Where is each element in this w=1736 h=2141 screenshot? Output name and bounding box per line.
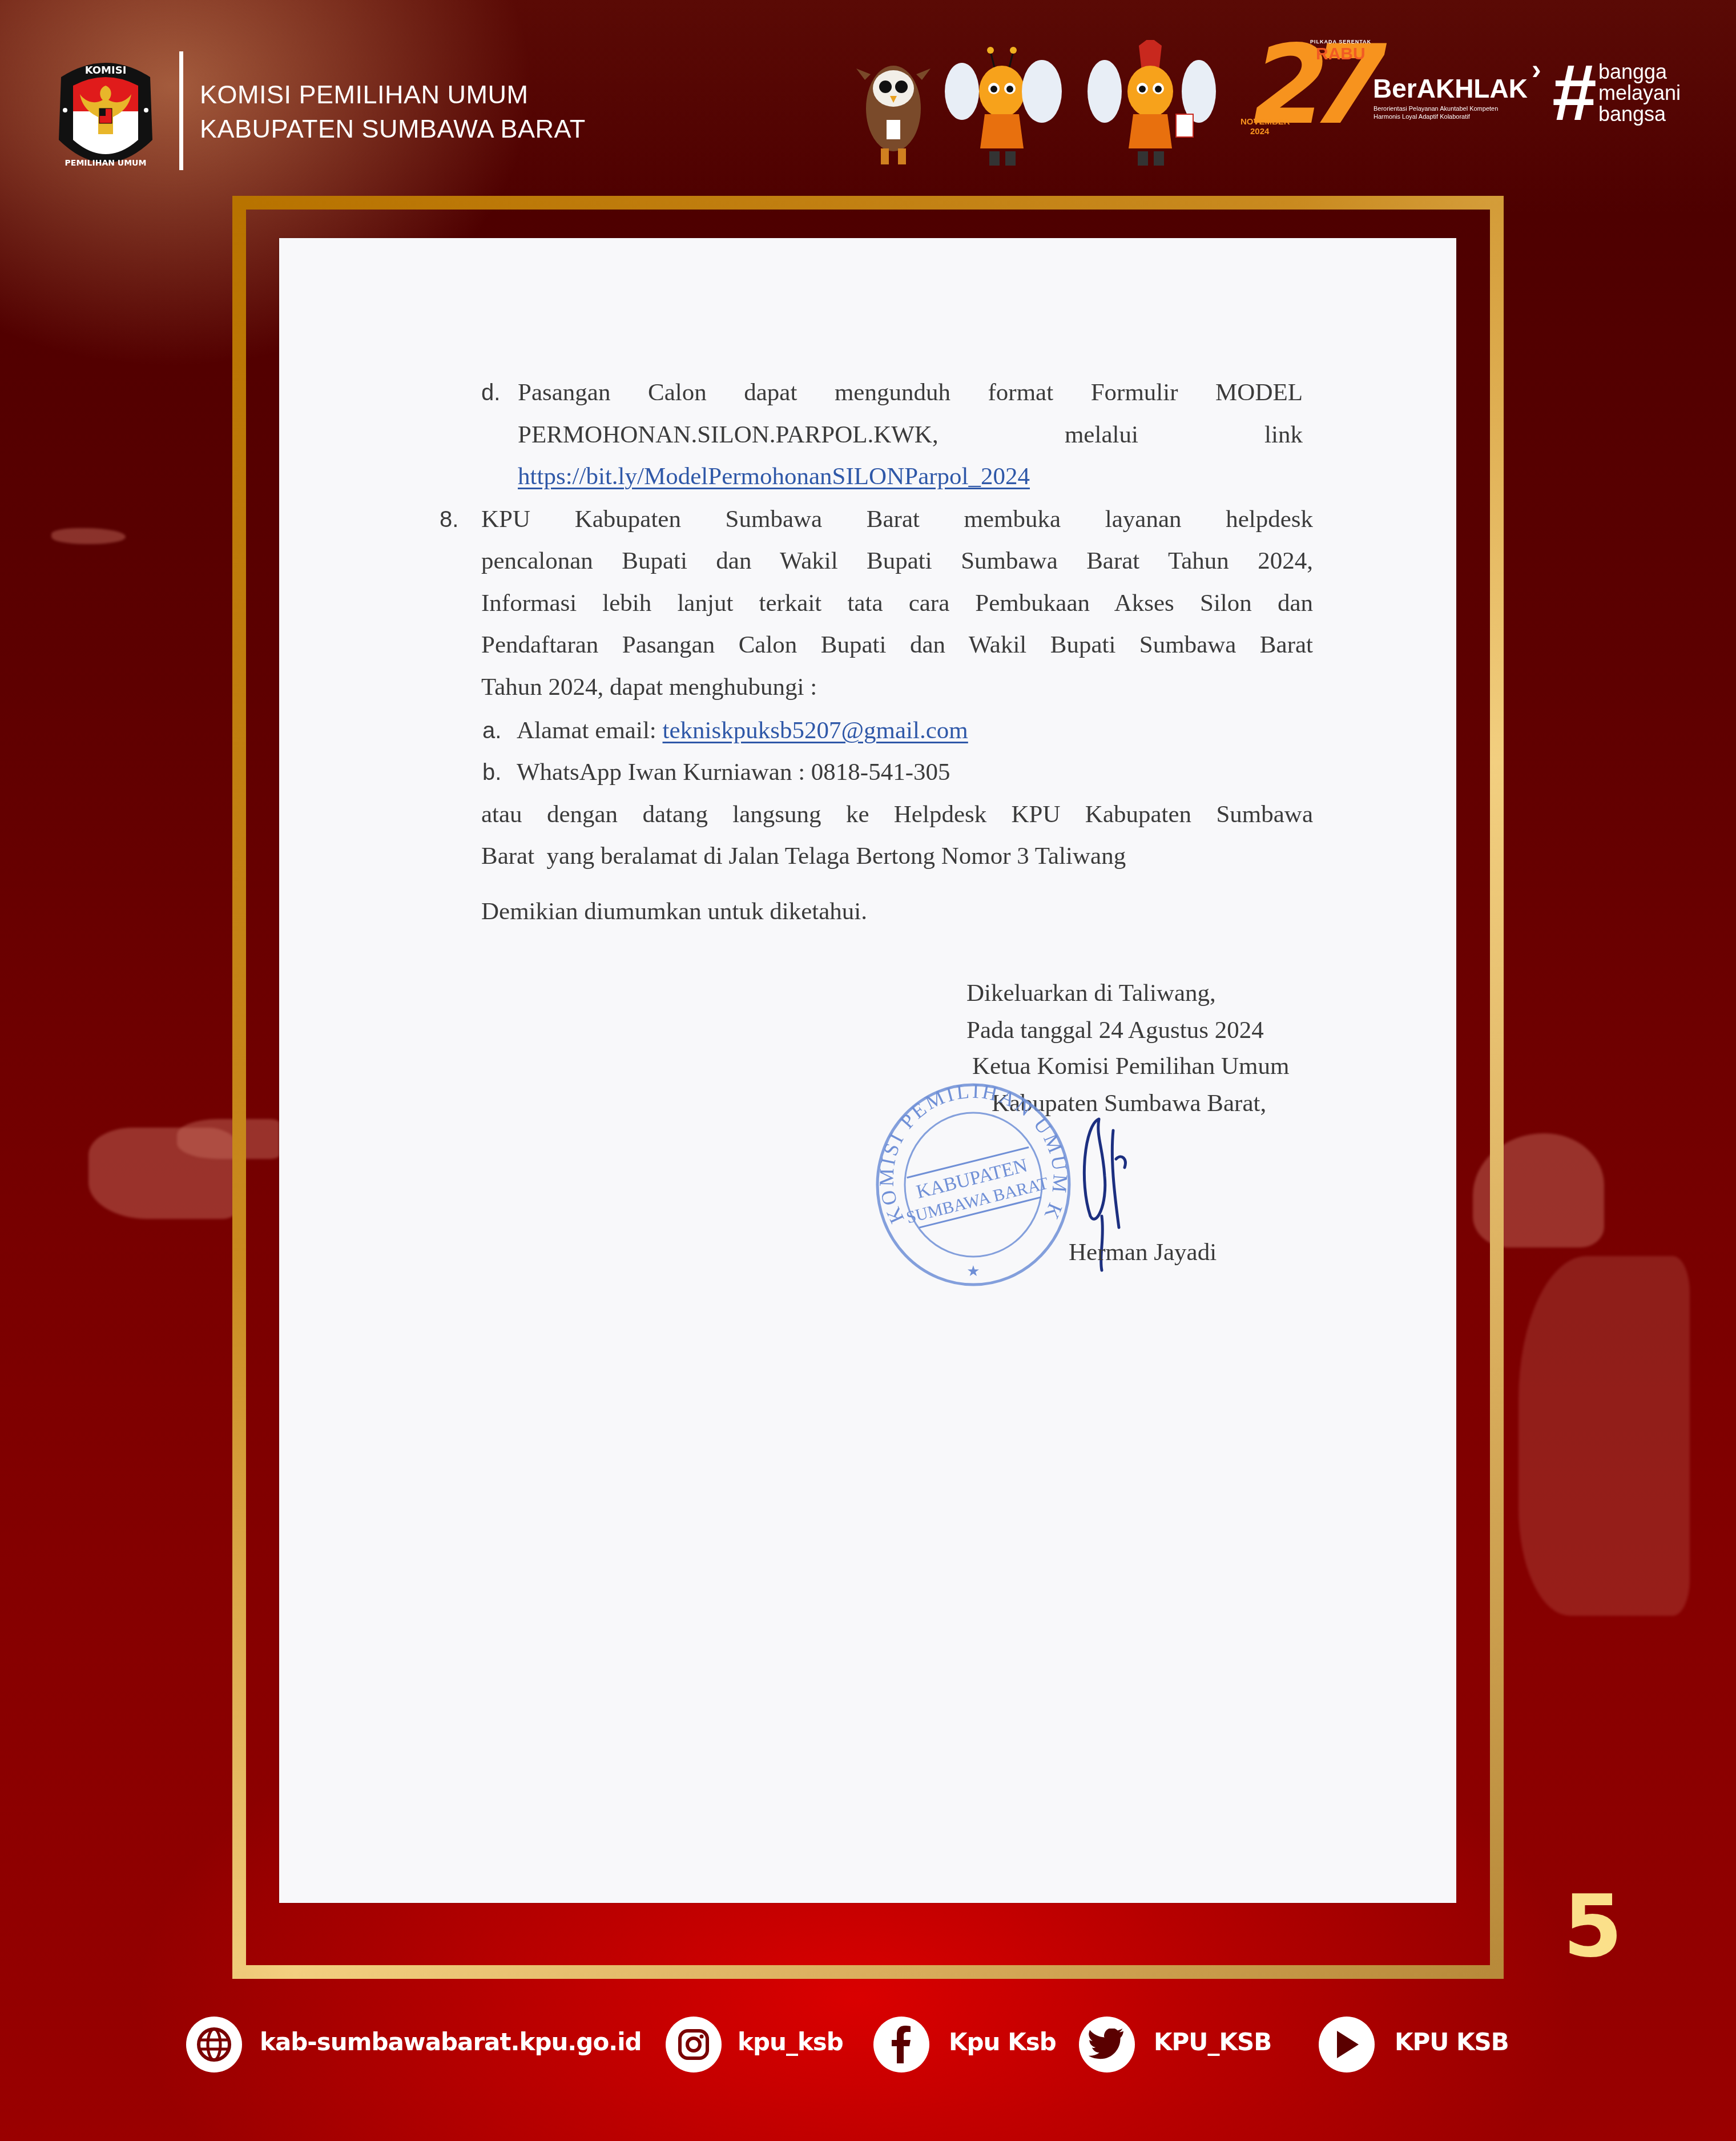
twitter-icon [1089,2029,1125,2060]
official-stamp: KOMISI PEMILIHAN UMUM KABUPATEN KABUPATE… [871,1076,1076,1293]
svg-text:PEMILIHAN UMUM: PEMILIHAN UMUM [65,159,147,168]
website-link[interactable]: kab-sumbawabarat.kpu.go.id [260,2030,642,2054]
hashtag-word: bangsa [1598,104,1666,124]
org-name-line1: KOMISI PEMILIHAN UMUM [200,80,529,110]
page-number: 5 [1563,1884,1622,1970]
contact-email: Alamat email: tekniskpuksb5207@gmail.com [517,718,968,743]
pilkada-label: PILKADA SERENTAK [1310,39,1371,45]
list-marker: b. [482,761,501,784]
closing-statement: Demikian diumumkan untuk diketahui. [481,899,867,924]
globe-icon [196,2026,232,2063]
facebook-handle[interactable]: Kpu Ksb [949,2030,1056,2054]
document-line: Pendaftaran Pasangan Calon Bupati dan Wa… [481,633,1313,657]
berakhlak-subtitle: Harmonis Loyal Adaptif Kolaboratif [1374,114,1470,120]
document-line: Pasangan Calon dapat mengunduh format Fo… [518,380,1303,405]
list-marker: d. [481,381,500,404]
background-map-silhouette [1519,1256,1690,1616]
twitter-handle[interactable]: KPU_KSB [1154,2030,1271,2054]
contact-whatsapp: WhatsApp Iwan Kurniawan : 0818-541-305 [517,760,950,784]
hashtag-word: bangga [1598,62,1667,82]
pilkada-month: NOVEMBER [1240,117,1290,127]
document-line: Barat yang beralamat di Jalan Telaga Ber… [481,844,1126,868]
website-button[interactable] [186,2017,242,2072]
issued-place: Dikeluarkan di Taliwang, [966,981,1216,1005]
document-line: KPU Kabupaten Sumbawa Barat membuka laya… [481,507,1313,532]
background-map-silhouette [51,528,126,544]
issued-date: Pada tanggal 24 Agustus 2024 [966,1018,1264,1043]
list-marker: a. [482,719,501,742]
email-link[interactable]: tekniskpuksb5207@gmail.com [663,717,968,744]
svg-text:★: ★ [966,1262,980,1279]
berakhlak-title: BerAKHLAK [1373,73,1528,104]
contact-email-label: Alamat email: [517,717,663,744]
svg-text:KOMISI: KOMISI [85,65,127,77]
hashtag-word: melayani [1598,83,1681,103]
twitter-button[interactable] [1079,2017,1135,2072]
form-download-link[interactable]: https://bit.ly/ModelPermohonanSILONParpo… [518,464,1030,489]
header-divider [179,51,183,170]
owl-mascot-icon [856,66,931,164]
document-line: atau dengan datang langsung ke Helpdesk … [481,802,1313,827]
instagram-icon [676,2027,711,2062]
kpu-logo: KOMISI PEMILIHAN UMUM [53,54,159,173]
berakhlak-subtitle: Berorientasi Pelayanan Akuntabel Kompete… [1374,106,1498,112]
document-line: Tahun 2024, dapat menghubungi : [481,675,817,699]
org-name-line2: KABUPATEN SUMBAWA BARAT [200,114,586,144]
instagram-button[interactable] [666,2017,722,2072]
document-line: Informasi lebih lanjut terkait tata cara… [481,591,1313,615]
bee-mascot-icon [1087,40,1216,166]
facebook-button[interactable] [873,2017,929,2072]
signatory-title: Ketua Komisi Pemilihan Umum [972,1054,1289,1078]
list-marker: 8. [440,508,458,531]
document-line: PERMOHONAN.SILON.PARPOL.KWK, melalui lin… [518,422,1303,447]
instagram-handle[interactable]: kpu_ksb [738,2030,843,2054]
facebook-icon [884,2025,919,2064]
pilkada-day: RABU [1316,45,1366,64]
youtube-button[interactable] [1319,2017,1375,2072]
hashtag-icon: # [1551,53,1596,132]
mascot-illustrations [853,40,1247,171]
chevron-right-icon: › [1532,53,1541,86]
bee-mascot-icon [945,47,1062,166]
youtube-icon [1332,2029,1361,2060]
signatory-name: Herman Jayadi [1069,1240,1217,1265]
document-line: pencalonan Bupati dan Wakil Bupati Sumba… [481,549,1313,573]
pilkada-year: 2024 [1250,127,1269,136]
youtube-channel[interactable]: KPU KSB [1395,2030,1509,2054]
